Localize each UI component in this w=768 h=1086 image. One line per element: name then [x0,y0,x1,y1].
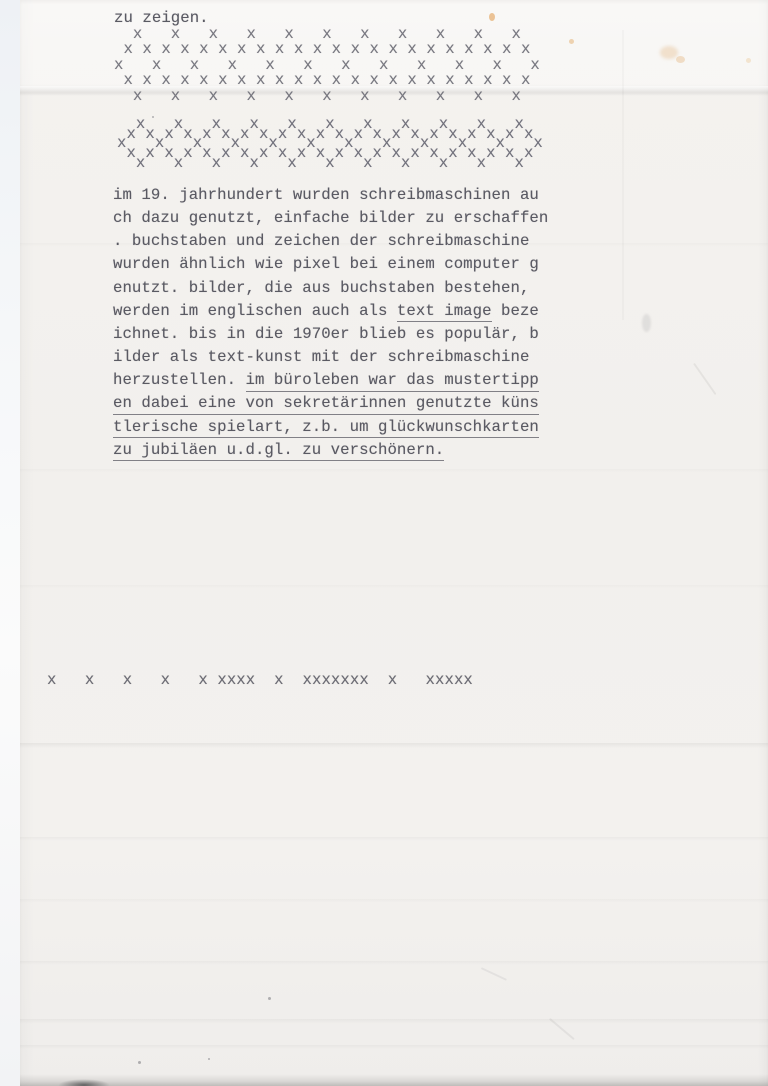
text-segment: wurden ähnlich wie pixel bei einem compu… [113,255,539,273]
rust-stain [676,56,685,63]
underlined-text-segment: en dabei eine von sekretärinnen genutzte… [113,394,539,415]
paragraph-line: herzustellen. im büroleben war das muste… [113,369,548,392]
underlined-text-segment: zu jubiläen u.d.gl. zu verschönern. [113,441,444,462]
paragraph-line: ch dazu genutzt, einfache bilder zu ersc… [113,207,548,230]
pattern-row: x x x x x x x x x x x [117,159,543,169]
text-segment: herzustellen. [113,371,246,389]
paragraph-line: . buchstaben und zeichen der schreibmasc… [113,230,548,253]
rust-stain [746,58,751,63]
bottom-edge-shadow [20,1074,768,1086]
crease-line [20,1045,768,1049]
crease-line [20,961,768,965]
crease-line [20,837,768,841]
speck [268,997,271,1000]
text-segment: beze [492,302,539,320]
scanner-background-strip [0,0,22,1086]
paragraph-line: tlerische spielart, z.b. um glückwunschk… [113,416,548,439]
paragraph-line: ilder als text-kunst mit der schreibmasc… [113,346,548,369]
x-pattern-block: x x x x x x x x x x x x x x x x x x x x … [114,27,540,104]
paragraph-line: wurden ähnlich wie pixel bei einem compu… [113,253,548,276]
text-segment: ichnet. bis in die 1970er blieb es popul… [113,325,539,343]
rust-stain [569,39,574,44]
text-segment: im 19. jahrhundert wurden schreibmaschin… [113,186,539,204]
crease-line [20,743,768,748]
crease-line [20,585,768,589]
crease-line [20,899,768,903]
underlined-text-segment: tlerische spielart, z.b. um glückwunschk… [113,418,539,439]
pattern-row: x x x x x x x x x x x [114,89,540,104]
crease-line [20,1019,768,1024]
diamond-x-band: x x x x x x x x x x x x x x x x x x x x … [117,120,543,169]
diagonal-crease [693,363,716,395]
typed-paragraph: im 19. jahrhundert wurden schreibmaschin… [113,184,548,462]
text-segment: enutzt. bilder, die aus buchstaben beste… [113,279,529,297]
rust-stain [489,13,495,21]
paragraph-line: en dabei eine von sekretärinnen genutzte… [113,392,548,415]
speck [138,1061,141,1064]
gray-smudge [642,314,651,332]
underlined-text-segment: im büroleben war das mustertipp [246,371,539,392]
vertical-crease [622,30,624,320]
text-segment: werden im englischen auch als [113,302,397,320]
paragraph-line: ichnet. bis in die 1970er blieb es popul… [113,323,548,346]
speck [208,1058,210,1060]
text-segment: ch dazu genutzt, einfache bilder zu ersc… [113,209,548,227]
paragraph-line: enutzt. bilder, die aus buchstaben beste… [113,277,548,300]
underlined-text-segment: text image [397,302,492,323]
rust-stain [660,46,678,59]
bottom-edge-smudge [58,1079,110,1086]
diagonal-crease [481,967,507,980]
text-segment: ilder als text-kunst mit der schreibmasc… [113,348,529,366]
paragraph-line: werden im englischen auch als text image… [113,300,548,323]
scanned-page: { "page": { "intro_line": "zu zeigen.", … [0,0,768,1086]
text-segment: . buchstaben und zeichen der schreibmasc… [113,232,529,250]
crease-line [20,469,768,473]
paragraph-line: im 19. jahrhundert wurden schreibmaschin… [113,184,548,207]
bottom-x-row: x x x x x xxxx x xxxxxxx x xxxxx [47,669,473,692]
paragraph-line: zu jubiläen u.d.gl. zu verschönern. [113,439,548,462]
